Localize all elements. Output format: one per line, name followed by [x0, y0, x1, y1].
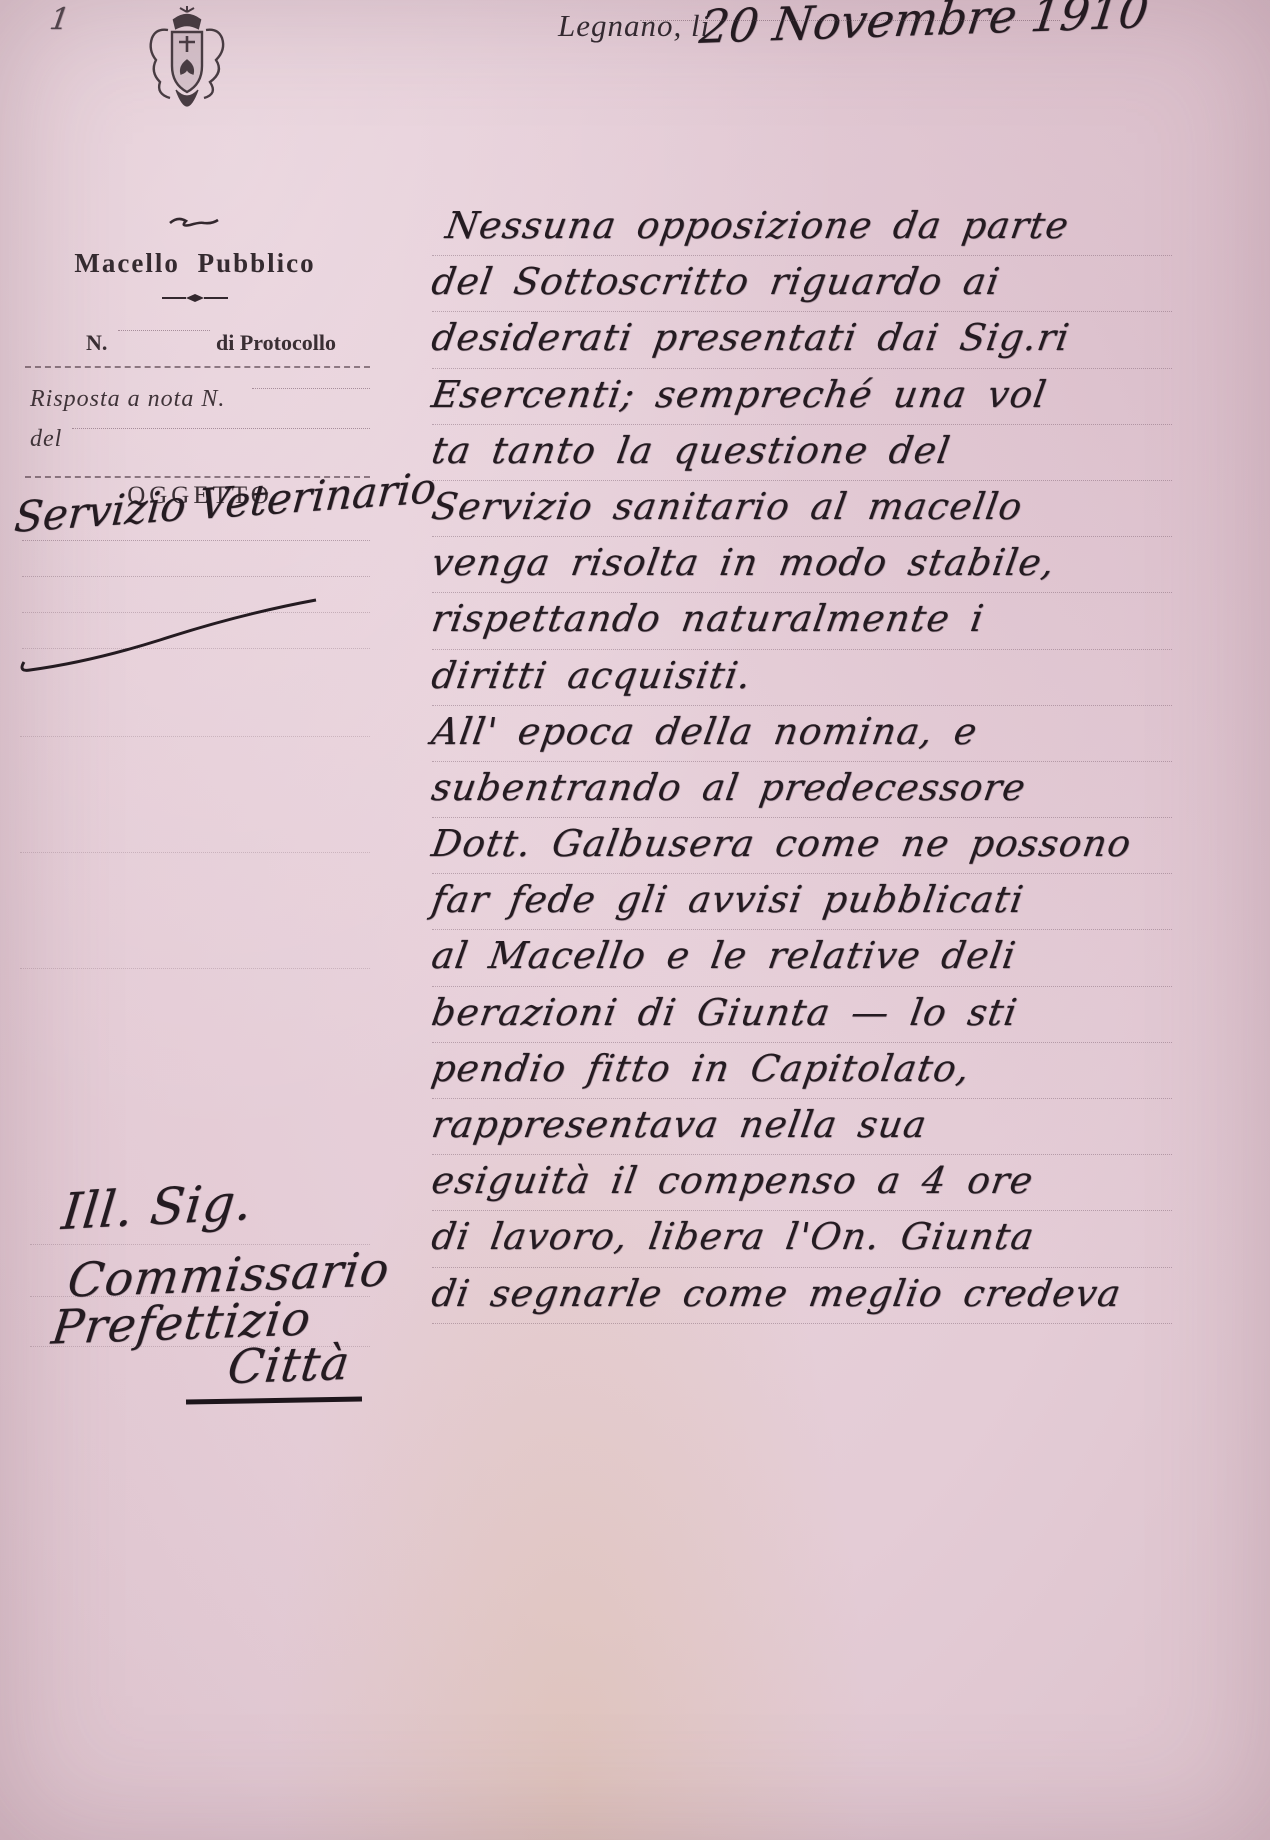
body-line: di lavoro, libera l'On. Giunta — [432, 1211, 1172, 1267]
protocol-fill-line — [118, 330, 210, 331]
body-line: desiderati presentati dai Sig.ri — [432, 312, 1172, 368]
body-line: All' epoca della nomina, e — [432, 706, 1172, 762]
body-line: rappresentava nella sua — [432, 1099, 1172, 1155]
corner-mark: 1 — [50, 2, 69, 37]
addressee-line-4: Città — [227, 1336, 351, 1395]
handwritten-date: 20 Novembre 1910 — [699, 0, 1149, 54]
addressee-underline — [186, 1396, 362, 1404]
body-line: al Macello e le relative deli — [432, 930, 1172, 986]
body-line: Nessuna opposizione da parte — [432, 200, 1172, 256]
date-of-label: del — [30, 426, 62, 453]
body-line: far fede gli avvisi pubblicati — [432, 874, 1172, 930]
protocol-n-label: N. — [86, 330, 107, 356]
divider-rule-1 — [25, 366, 370, 368]
coat-of-arms-icon — [146, 6, 228, 108]
reply-label: Risposta a nota N. — [30, 386, 225, 413]
body-line: di segnarle come meglio credeva — [432, 1268, 1172, 1324]
body-line: berazioni di Giunta — lo sti — [432, 987, 1172, 1043]
document-page: 1 Legnano, li 20 Novembre 1910 Comune di… — [0, 0, 1270, 1840]
cancel-flourish-stroke — [20, 588, 320, 678]
protocol-suffix-label: di Protocollo — [216, 330, 336, 356]
ghost-rule — [20, 736, 370, 737]
ghost-rule — [20, 852, 370, 853]
office-title: Macello Pubblico — [0, 248, 390, 279]
body-line: venga risolta in modo stabile, — [432, 537, 1172, 593]
date-place-label: Legnano, li — [558, 8, 710, 44]
reply-fill-line — [252, 388, 370, 389]
body-line: Dott. Galbusera come ne possono — [432, 818, 1172, 874]
date-of-fill-line — [72, 428, 370, 429]
letter-body: Nessuna opposizione da parte del Sottosc… — [432, 200, 1172, 1324]
body-line: del Sottoscritto riguardo ai — [432, 256, 1172, 312]
body-line: pendio fitto in Capitolato, — [432, 1043, 1172, 1099]
subject-fill-line — [22, 576, 370, 577]
subject-fill-line — [22, 540, 370, 541]
addressee-line-1: Ill. Sig. — [61, 1173, 254, 1241]
ghost-rule — [20, 968, 370, 969]
body-line: ta tanto la questione del — [432, 425, 1172, 481]
diamond-ornament-icon — [160, 292, 230, 304]
squiggle-ornament-icon — [168, 216, 220, 228]
body-line: Esercenti; sempreché una vol — [432, 369, 1172, 425]
body-line: rispettando naturalmente i — [432, 593, 1172, 649]
body-line: Servizio sanitario al macello — [432, 481, 1172, 537]
body-line: diritti acquisiti. — [432, 650, 1172, 706]
body-line: esiguità il compenso a 4 ore — [432, 1155, 1172, 1211]
date-fill-line — [640, 20, 1060, 21]
body-line: subentrando al predecessore — [432, 762, 1172, 818]
